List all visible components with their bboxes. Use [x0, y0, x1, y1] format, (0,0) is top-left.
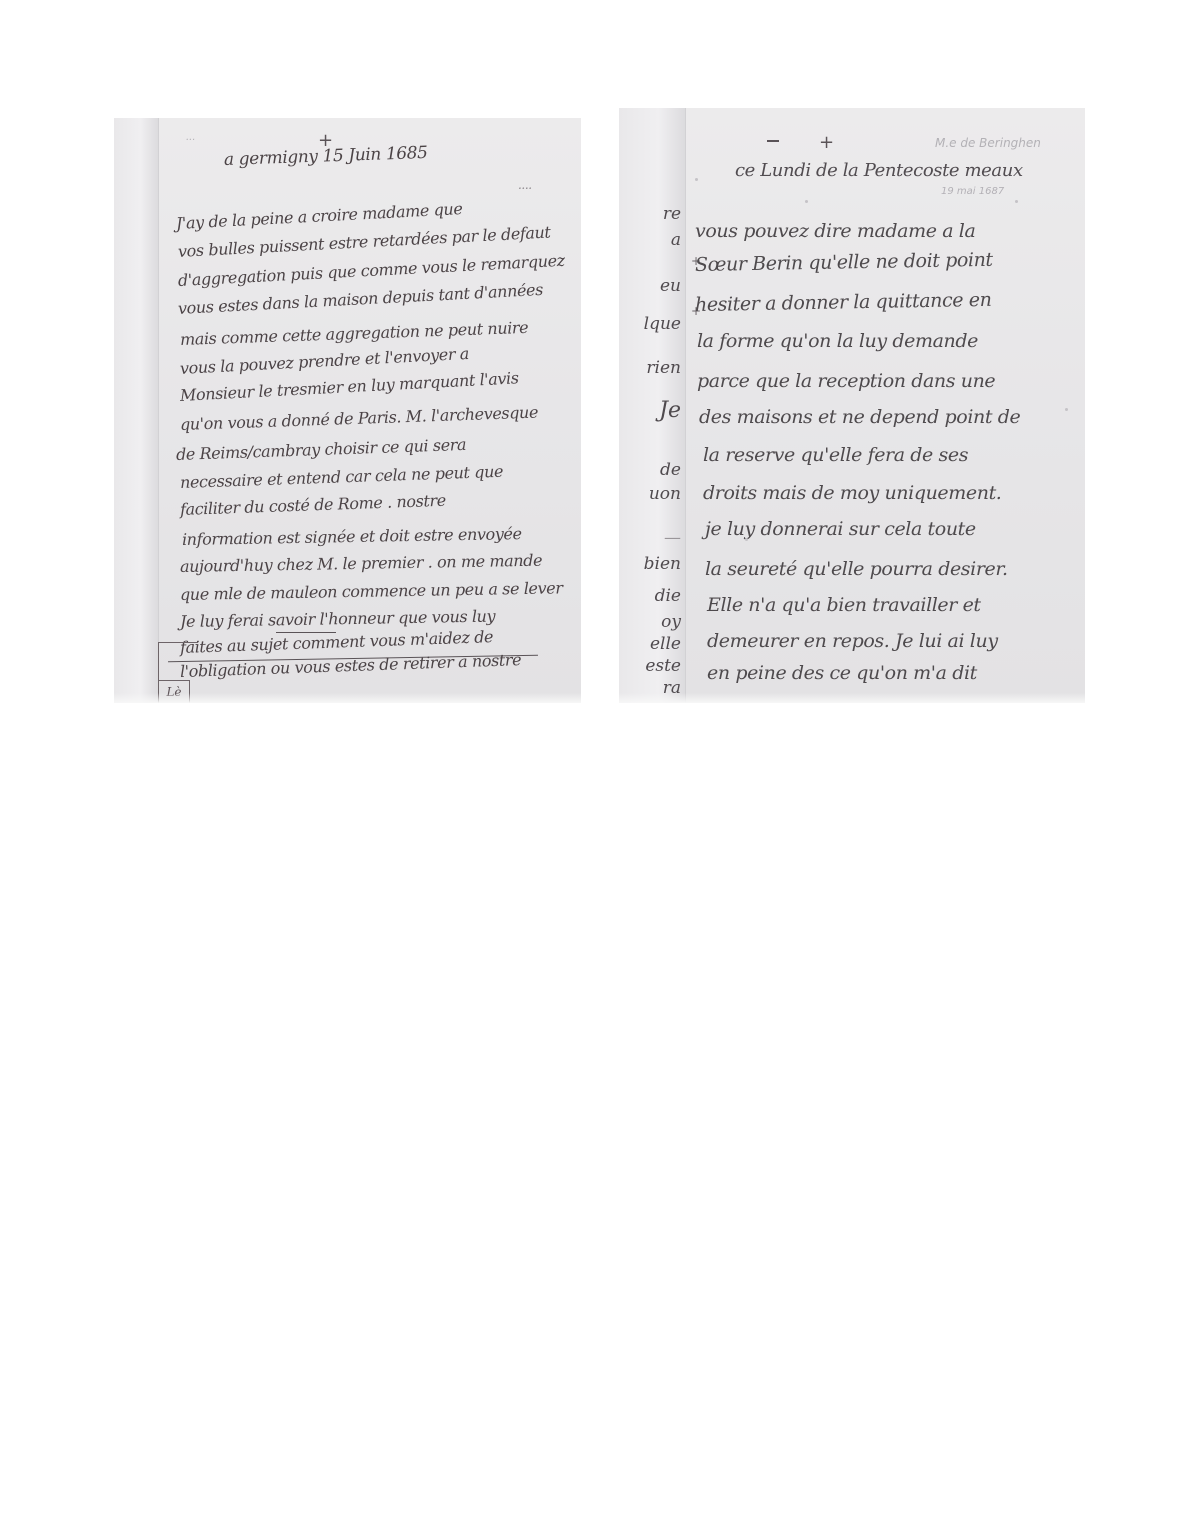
pencil-date-annotation: 19 mai 1687: [941, 186, 1004, 197]
facing-page-fragment: bien: [644, 554, 681, 574]
paper-speck: [805, 200, 808, 203]
manuscript-line: la forme qu'on la luy demande: [697, 330, 978, 352]
manuscript-line: parce que la reception dans une: [697, 370, 995, 392]
facing-page-fragment: ra: [663, 678, 681, 698]
bracket-mark: [158, 642, 198, 643]
pencil-annotation: ...: [186, 132, 196, 143]
manuscript-line: faciliter du costé de Rome . nostre: [180, 491, 446, 519]
manuscript-line: en peine des ce qu'on m'a dit: [707, 662, 977, 684]
facing-page-fragment: oy: [661, 612, 681, 632]
manuscript-line: mais comme cette aggregation ne peut nui…: [180, 318, 529, 349]
letter-heading: a germigny 15 Juin 1685: [224, 143, 428, 170]
manuscript-line: necessaire et entend car cela ne peut qu…: [180, 462, 504, 492]
manuscript-line: Je luy ferai savoir l'honneur que vous l…: [180, 607, 495, 631]
facing-page-fragment: —: [664, 528, 681, 548]
facing-page-fragment: Je: [659, 398, 681, 423]
manuscript-line: droits mais de moy uniquement.: [703, 482, 1001, 504]
facing-page-fragment: a: [671, 230, 681, 250]
manuscript-line: de Reims/cambray choisir ce qui sera: [176, 435, 467, 464]
pencil-annotation: M.e de Beringhen: [935, 136, 1041, 150]
manuscript-line: des maisons et ne depend point de: [699, 406, 1020, 428]
manuscript-line: je luy donnerai sur cela toute: [705, 518, 976, 540]
facing-page-edge: re a eu lque rien Je de uon — bien die o…: [619, 108, 686, 703]
manuscript-page: + M.e de Beringhen ce Lundi de la Pentec…: [685, 108, 1085, 703]
manuscript-line: demeurer en repos. Je lui ai luy: [707, 630, 998, 652]
manuscript-line: aujourd'huy chez M. le premier . on me m…: [180, 551, 542, 576]
manuscript-image-right: re a eu lque rien Je de uon — bien die o…: [619, 108, 1085, 703]
letter-heading: ce Lundi de la Pentecoste meaux: [735, 160, 1023, 181]
manuscript-line: Sœur Berin qu'elle ne doit point: [695, 249, 993, 276]
facing-page-fragment: re: [663, 204, 681, 224]
bracket-mark: [158, 643, 161, 681]
facing-page-fragment: este: [645, 656, 681, 676]
facing-page-fragment: lque: [644, 314, 681, 334]
facing-page-fragment: elle: [650, 634, 681, 654]
binding-fold: [114, 118, 159, 703]
facing-page-fragment: eu: [660, 276, 681, 296]
manuscript-line: hesiter a donner la quittance en: [695, 289, 992, 316]
corner-box-mark: Lè: [158, 680, 190, 703]
manuscript-line: vous pouvez dire madame a la: [695, 220, 975, 242]
manuscript-line: Elle n'a qu'a bien travailler et: [707, 594, 981, 616]
paper-speck: [1065, 408, 1068, 411]
manuscript-image-left: ... + a germigny 15 Juin 1685 .... J'ay …: [114, 118, 581, 703]
paper-speck: [695, 178, 698, 181]
manuscript-line: J'ay de la peine a croire madame que: [176, 199, 463, 233]
manuscript-line: que mle de mauleon commence un peu a se …: [180, 578, 563, 604]
facing-page-fragment: die: [655, 586, 681, 606]
facing-page-fragment: de: [660, 460, 681, 480]
manuscript-line: qu'on vous a donné de Paris. M. l'archev…: [180, 403, 539, 434]
paper-speck: [745, 538, 748, 541]
paper-speck: [1015, 200, 1018, 203]
manuscript-page: ... + a germigny 15 Juin 1685 .... J'ay …: [158, 118, 581, 703]
facing-page-fragment: uon: [649, 484, 681, 504]
corner-ellipsis: ....: [518, 178, 532, 192]
manuscript-line: information est signée et doit estre env…: [182, 524, 522, 549]
manuscript-line: la seureté qu'elle pourra desirer.: [705, 558, 1008, 580]
manuscript-line: la reserve qu'elle fera de ses: [703, 444, 968, 466]
dash-mark: [767, 140, 779, 142]
facing-page-fragment: rien: [646, 358, 681, 378]
cross-mark: +: [819, 134, 834, 152]
